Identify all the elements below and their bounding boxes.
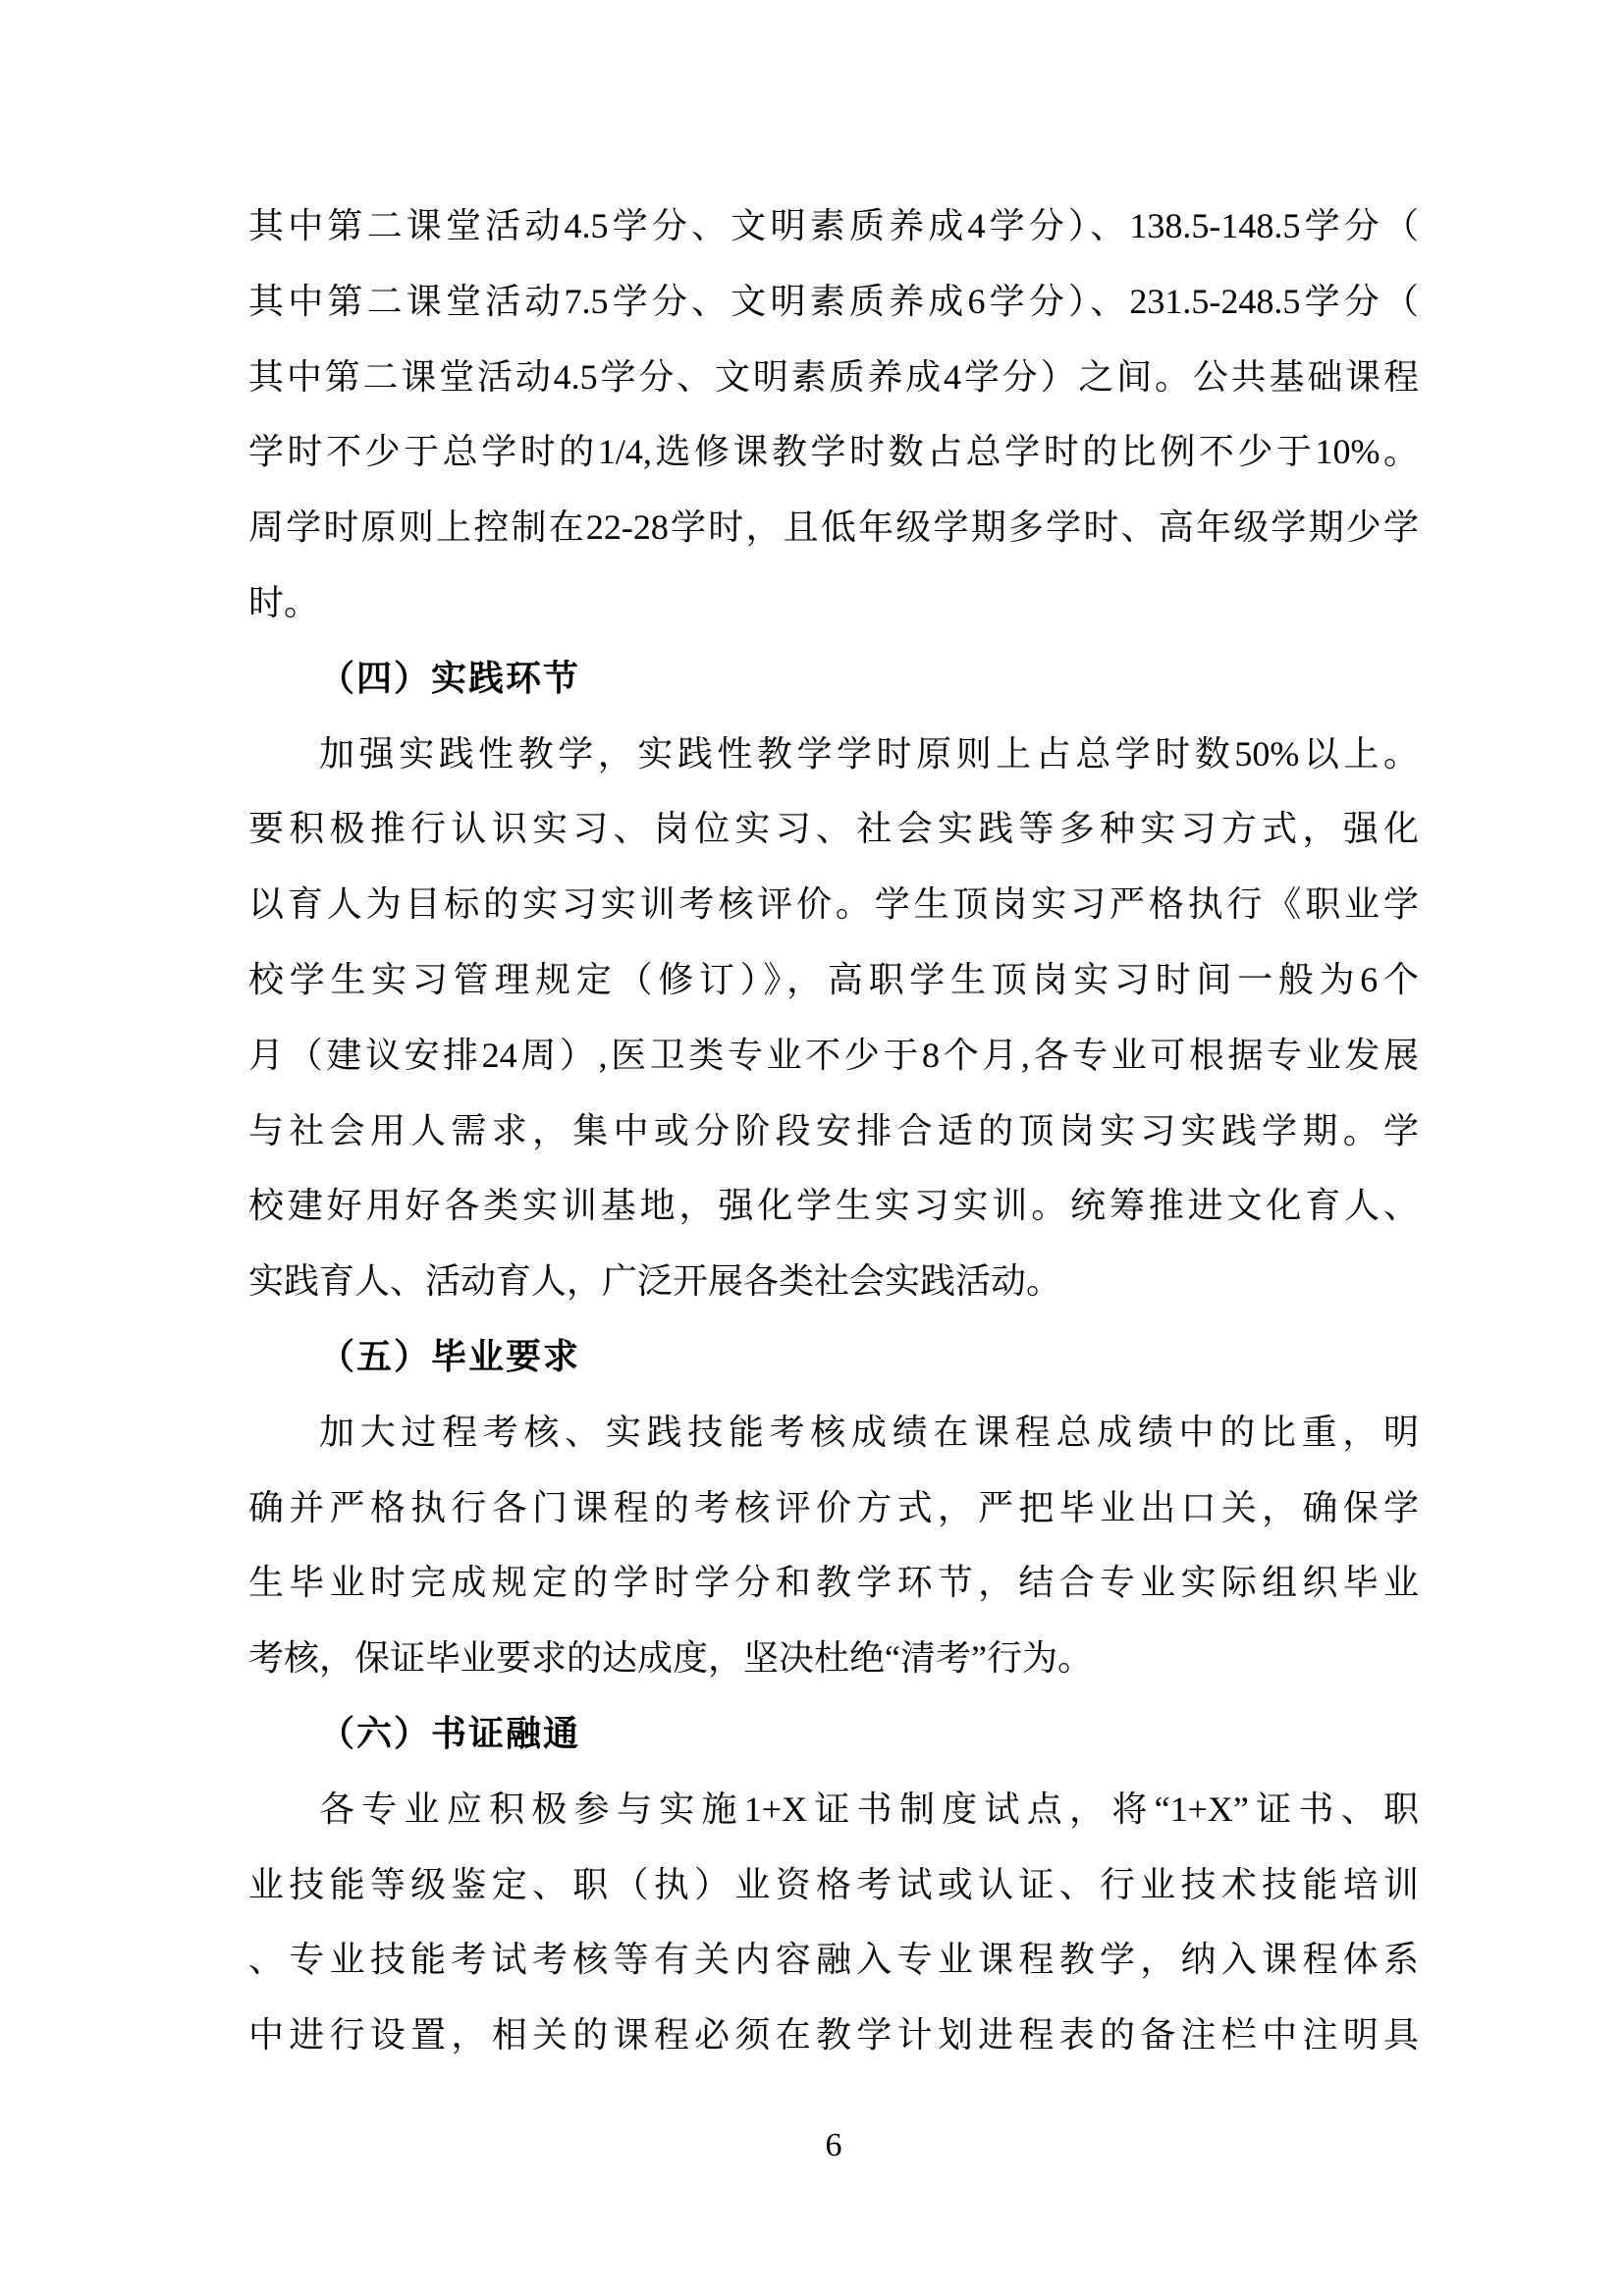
text-line: 周学时原则上控制在22-28学时，且低年级学期多学时、高年级学期少学 — [248, 490, 1419, 565]
text-line: 其中第二课堂活动4.5学分、文明素质养成4学分）之间。公共基础课程 — [248, 340, 1419, 415]
text-line: 校学生实习管理规定（修订）》，高职学生顶岗实习时间一般为6个 — [248, 942, 1419, 1018]
text-line: 校建好用好各类实训基地，强化学生实习实训。统筹推进文化育人、 — [248, 1168, 1419, 1244]
text-line: 各专业应积极参与实施1+X证书制度试点，将“1+X”证书、职 — [248, 1772, 1419, 1847]
section-heading: （四）实践环节 — [248, 641, 1419, 717]
text-line: 业技能等级鉴定、职（执）业资格考试或认证、行业技术技能培训 — [248, 1847, 1419, 1923]
document-page: 其中第二课堂活动4.5学分、文明素质养成4学分）、138.5-148.5学分（其… — [0, 0, 1624, 2296]
text-line: 、专业技能考试考核等有关内容融入专业课程教学，纳入课程体系 — [248, 1922, 1419, 1998]
text-line: 实践育人、活动育人，广泛开展各类社会实践活动。 — [248, 1244, 1419, 1319]
text-line: 以育人为目标的实习实训考核评价。学生顶岗实习严格执行《职业学 — [248, 867, 1419, 942]
page-number: 6 — [248, 2116, 1419, 2175]
text-line: 其中第二课堂活动7.5学分、文明素质养成6学分）、231.5-248.5学分（ — [248, 264, 1419, 340]
text-line: 要积极推行认识实习、岗位实习、社会实践等多种实习方式，强化 — [248, 791, 1419, 867]
section-heading: （六）书证融通 — [248, 1696, 1419, 1772]
text-line: 与社会用人需求，集中或分阶段安排合适的顶岗实习实践学期。学 — [248, 1094, 1419, 1169]
text-line: 考核，保证毕业要求的达成度，坚决杜绝“清考”行为。 — [248, 1621, 1419, 1696]
text-line: 加大过程考核、实践技能考核成绩在课程总成绩中的比重，明 — [248, 1395, 1419, 1470]
section-heading: （五）毕业要求 — [248, 1319, 1419, 1395]
text-line: 加强实践性教学，实践性教学学时原则上占总学时数50%以上。 — [248, 717, 1419, 792]
text-line: 确并严格执行各门课程的考核评价方式，严把毕业出口关，确保学 — [248, 1470, 1419, 1546]
text-line: 学时不少于总学时的1/4,选修课教学时数占总学时的比例不少于10%。 — [248, 414, 1419, 490]
text-line: 月（建议安排24周）,医卫类专业不少于8个月,各专业可根据专业发展 — [248, 1018, 1419, 1094]
text-line: 生毕业时完成规定的学时学分和教学环节，结合专业实际组织毕业 — [248, 1545, 1419, 1621]
text-line: 时。 — [248, 565, 1419, 641]
text-line: 其中第二课堂活动4.5学分、文明素质养成4学分）、138.5-148.5学分（ — [248, 188, 1419, 264]
text-block: 其中第二课堂活动4.5学分、文明素质养成4学分）、138.5-148.5学分（其… — [248, 188, 1419, 2073]
text-line: 中进行设置，相关的课程必须在教学计划进程表的备注栏中注明具 — [248, 1998, 1419, 2073]
